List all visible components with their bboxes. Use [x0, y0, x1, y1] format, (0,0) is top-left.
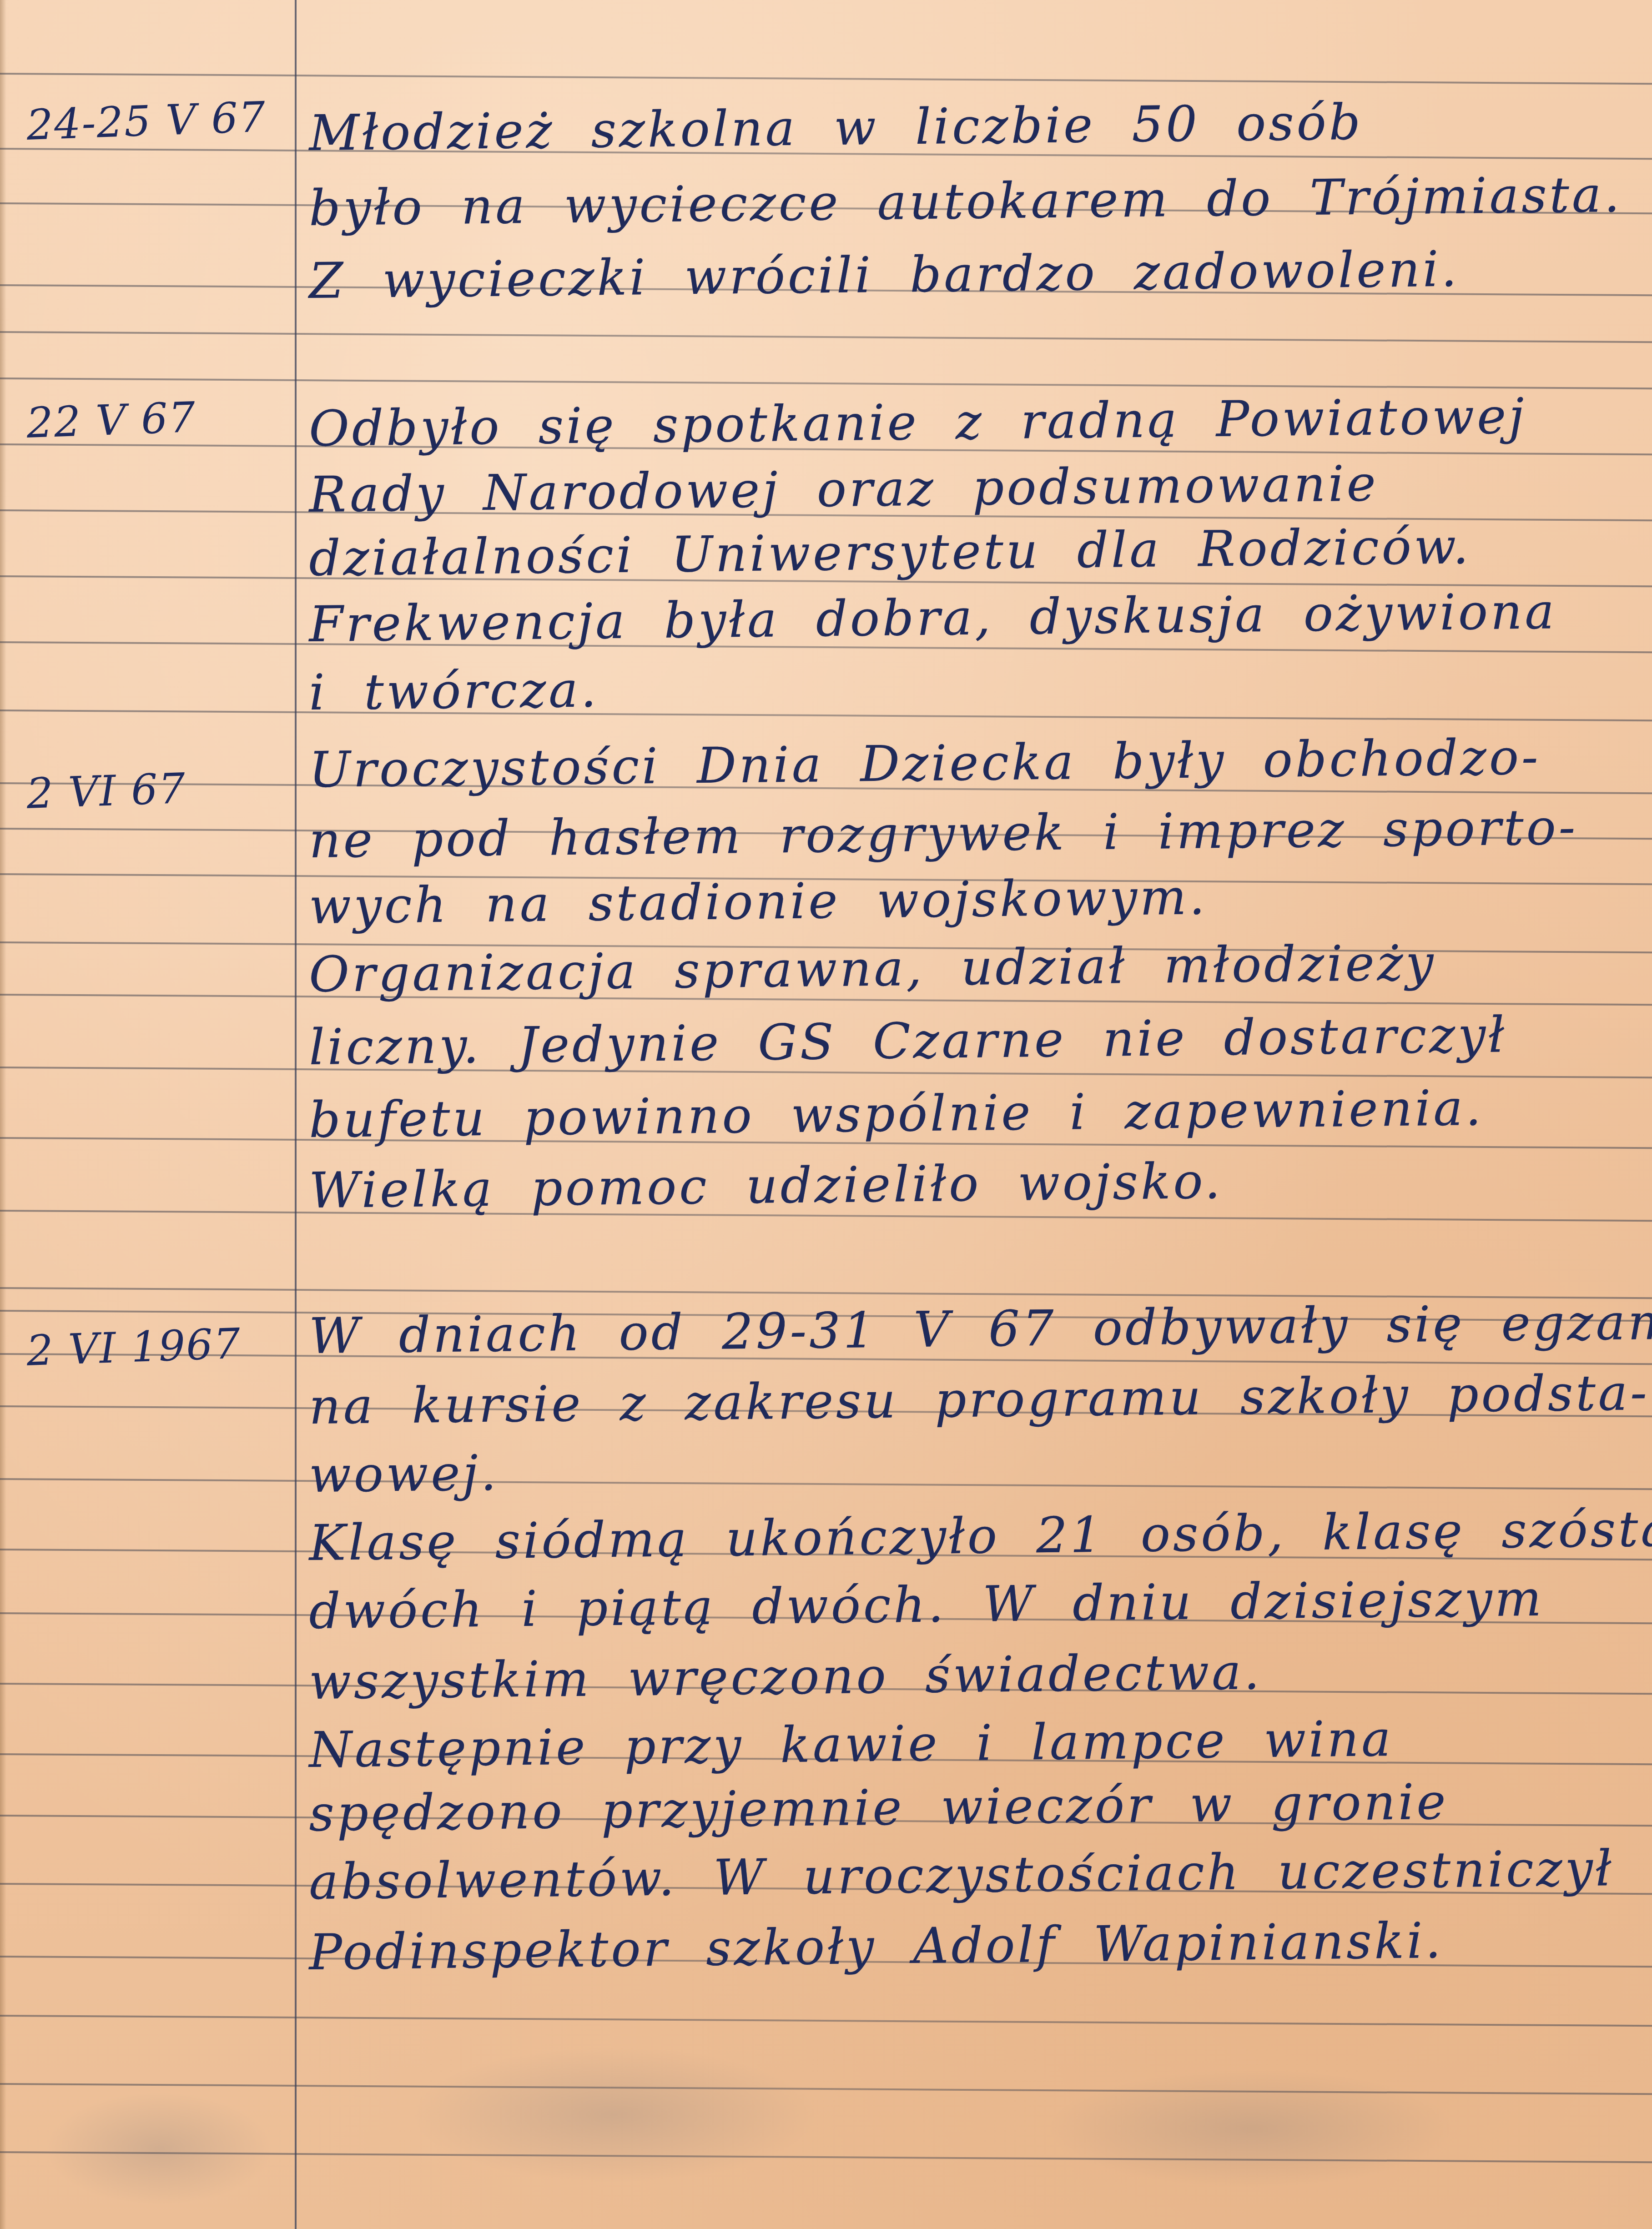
rule-line — [0, 73, 1652, 85]
entry-line: Wielką pomoc udzieliło wojsko. — [309, 1152, 1642, 1216]
margin-line — [295, 0, 297, 2229]
entry-line: Podinspektor szkoły Adolf Wapinianski. — [309, 1914, 1642, 1977]
rule-line — [0, 2083, 1652, 2095]
pencil-smudge — [409, 2047, 819, 2183]
entry-line: dwóch i piątą dwóch. W dniu dzisiejszym — [309, 1573, 1642, 1636]
entry-line: Młodzież szkolna w liczbie 50 osób — [309, 95, 1642, 158]
entry-line: spędzono przyjemnie wieczór w gronie — [309, 1776, 1642, 1839]
entry-line: absolwentów. W uroczystościach uczestnic… — [309, 1844, 1642, 1907]
entry-line: wych na stadionie wojskowym. — [309, 868, 1642, 931]
entry-line: było na wycieczce autokarem do Trójmiast… — [309, 170, 1642, 233]
entry-line: bufetu powinno wspólnie i zapewnienia. — [309, 1082, 1642, 1145]
entry-line: liczny. Jedynie GS Czarne nie dostarczył — [309, 1009, 1642, 1072]
pencil-smudge — [1046, 2069, 1456, 2188]
entry-line: W dniach od 29-31 V 67 odbywały się egza… — [309, 1298, 1642, 1361]
entry-line: Rady Narodowej oraz podsumowanie — [309, 457, 1642, 520]
rule-line — [0, 331, 1652, 343]
entry-line: Z wycieczki wrócili bardzo zadowoleni. — [309, 243, 1642, 306]
entry-line: i twórcza. — [309, 654, 1642, 718]
entry-line: ne pod hasłem rozgrywek i imprez sporto- — [309, 802, 1642, 865]
page-edge-shadow — [0, 0, 6, 2229]
entry-line: wszystkim wręczono świadectwa. — [309, 1644, 1642, 1707]
rule-line — [0, 2015, 1652, 2027]
pencil-smudge — [45, 2092, 273, 2206]
entry-line: Klasę siódmą ukończyło 21 osób, klasę sz… — [309, 1505, 1642, 1568]
entry-line: Organizacja sprawna, udział młodzieży — [309, 936, 1642, 1000]
chronicle-page: 24-25 V 67 Młodzież szkolna w liczbie 50… — [0, 0, 1652, 2229]
entry-date: 2 VI 1967 — [26, 1322, 282, 1372]
rule-line — [0, 2151, 1652, 2163]
entry-line: Frekwencja była dobra, dyskusja ożywiona — [309, 586, 1642, 649]
entry-date: 2 VI 67 — [26, 765, 282, 815]
entry-line: wowej. — [309, 1437, 1642, 1500]
entry-line: Następnie przy kawie i lampce wina — [309, 1712, 1642, 1775]
entry-date: 22 V 67 — [26, 394, 282, 444]
rule-line — [0, 377, 1652, 389]
entry-date: 24-25 V 67 — [26, 96, 282, 146]
entry-line: Uroczystości Dnia Dziecka były obchodzo- — [309, 732, 1642, 795]
entry-line: działalności Uniwersytetu dla Rodziców. — [309, 520, 1642, 584]
entry-line: Odbyło się spotkanie z radną Powiatowej — [309, 391, 1642, 454]
entry-line: na kursie z zakresu programu szkoły pods… — [309, 1369, 1642, 1432]
